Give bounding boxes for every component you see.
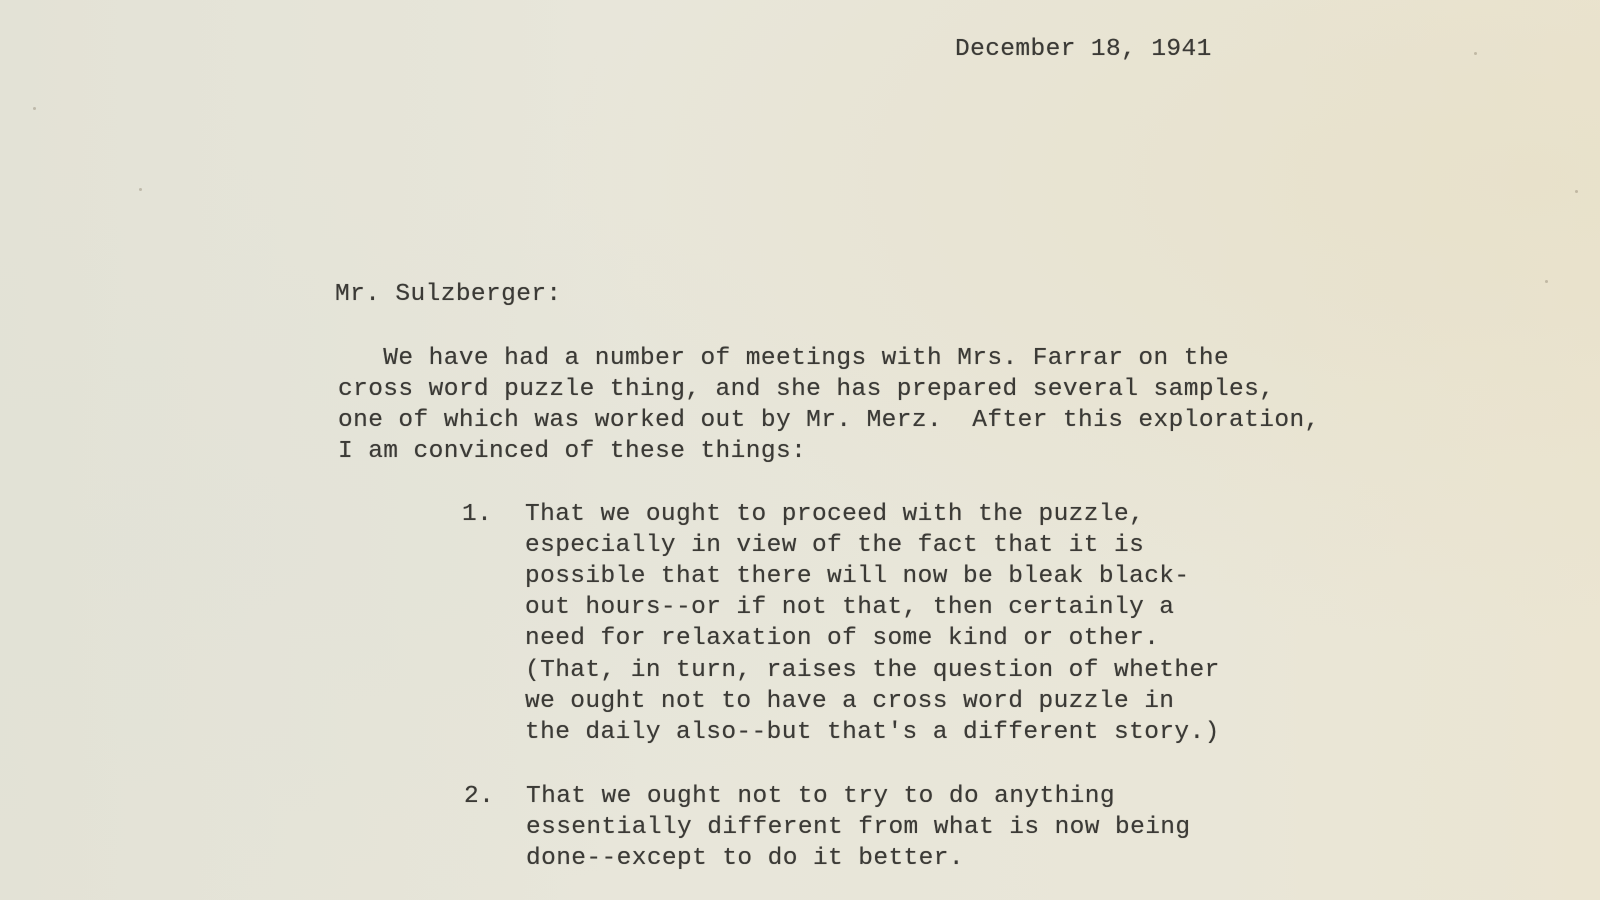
point-1-line: need for relaxation of some kind or othe… xyxy=(525,627,1159,652)
point-1-number: 1. xyxy=(462,503,492,528)
point-1-line: we ought not to have a cross word puzzle… xyxy=(525,690,1174,715)
intro-paragraph-line: one of which was worked out by Mr. Merz.… xyxy=(338,409,1320,434)
paper-speck xyxy=(1474,52,1477,55)
point-2-line: That we ought not to try to do anything xyxy=(526,785,1115,810)
point-2-line: done--except to do it better. xyxy=(526,847,964,872)
point-1-line: possible that there will now be bleak bl… xyxy=(525,565,1190,590)
paper-speck xyxy=(33,107,36,110)
point-2-line: essentially different from what is now b… xyxy=(526,816,1191,841)
intro-paragraph-line: We have had a number of meetings with Mr… xyxy=(338,347,1229,372)
typewritten-memo-page: December 18, 1941 Mr. Sulzberger: We hav… xyxy=(0,0,1600,900)
point-1-line: That we ought to proceed with the puzzle… xyxy=(525,503,1144,528)
intro-paragraph-line: I am convinced of these things: xyxy=(338,440,806,465)
paper-speck xyxy=(139,188,142,191)
intro-paragraph-line: cross word puzzle thing, and she has pre… xyxy=(338,378,1274,403)
memo-date: December 18, 1941 xyxy=(955,38,1212,63)
paper-speck xyxy=(1575,190,1578,193)
point-2-number: 2. xyxy=(464,785,494,810)
memo-salutation: Mr. Sulzberger: xyxy=(335,283,562,308)
point-1-line: especially in view of the fact that it i… xyxy=(525,534,1144,559)
point-1-line: out hours--or if not that, then certainl… xyxy=(525,596,1174,621)
point-1-line: (That, in turn, raises the question of w… xyxy=(525,659,1220,684)
point-1-line: the daily also--but that's a different s… xyxy=(525,721,1220,746)
paper-speck xyxy=(1545,280,1548,283)
